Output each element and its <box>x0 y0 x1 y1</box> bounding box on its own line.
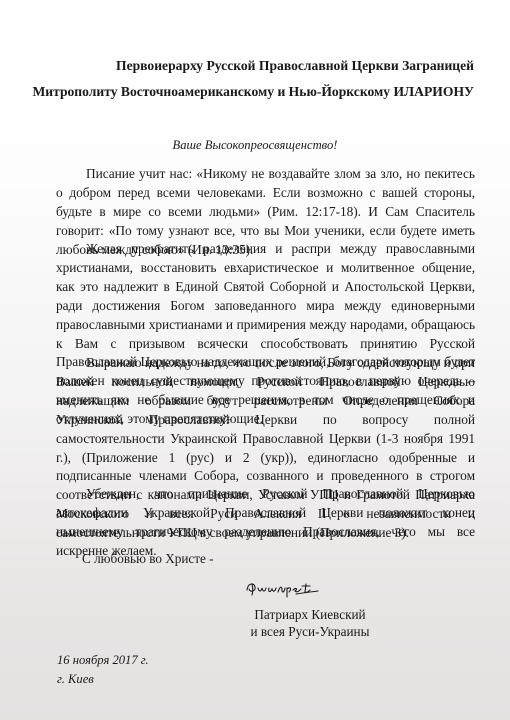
signatory-title-line-2: и всея Руси-Украины <box>180 623 440 640</box>
paragraph-4: Убежден, что признание Русской Православ… <box>56 485 475 561</box>
date-place-block: 16 ноября 2017 г. г. Киев <box>57 651 149 689</box>
letter-place: г. Киев <box>57 670 149 689</box>
salutation: Ваше Высокопреосвященство! <box>0 138 510 153</box>
addressee-line-2: Митрополиту Восточноамериканскому и Нью-… <box>32 84 474 100</box>
closing-phrase: С любовью во Христе - <box>82 551 214 567</box>
addressee-line-1: Первоиерарху Русской Православной Церкви… <box>116 58 474 74</box>
handwritten-signature-icon <box>244 578 320 600</box>
signatory-title-line-1: Патриарх Киевский <box>180 606 440 623</box>
signatory-title: Патриарх Киевский и всея Руси-Украины <box>180 606 440 640</box>
letter-page: Первоиерарху Русской Православной Церкви… <box>0 0 510 720</box>
letter-date: 16 ноября 2017 г. <box>57 651 149 670</box>
